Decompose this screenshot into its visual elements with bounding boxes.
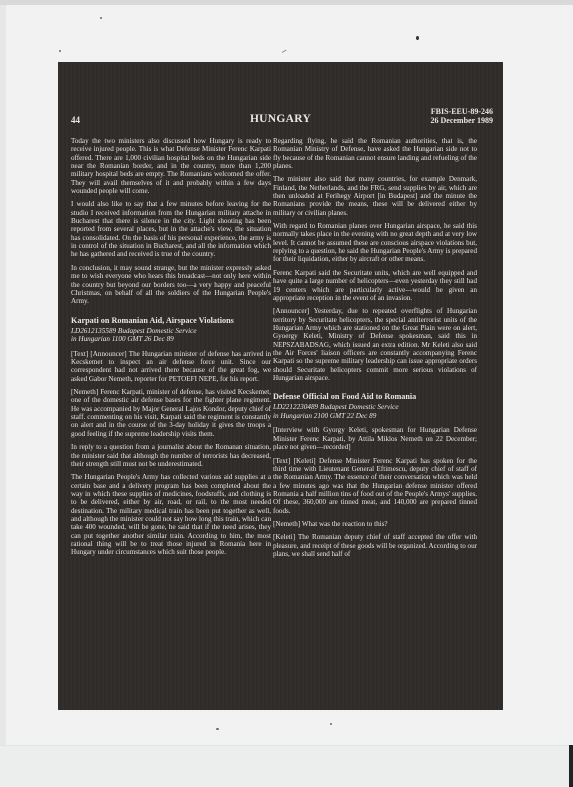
document-id: FBIS-EEU-89-246 [431, 107, 494, 116]
article-headline: Karpati on Romanian Aid, Airspace Violat… [71, 316, 271, 326]
dateline-line-2: in Hungarian 2100 GMT 22 Dec 89 [273, 412, 477, 421]
left-column: Today the two ministers also discussed h… [71, 137, 271, 562]
dust-speck [330, 723, 332, 725]
document-page: 44 HUNGARY FBIS-EEU-89-246 26 December 1… [58, 62, 503, 710]
paragraph: [Text] [Announcer] The Hungarian ministe… [71, 350, 271, 383]
article-dateline: LD2612135589 Budapest Domestic Service i… [71, 327, 271, 344]
paragraph: [Nemeth] What was the reaction to this? [273, 520, 477, 528]
dateline-line-2: in Hungarian 1100 GMT 26 Dec 89 [71, 335, 271, 344]
dust-speck [100, 17, 102, 19]
page-header: 44 HUNGARY FBIS-EEU-89-246 26 December 1… [58, 62, 503, 132]
dust-speck [59, 50, 61, 52]
paragraph: [Nemeth] Ferenc Karpati, minister of def… [71, 388, 271, 438]
dateline-line-1: LD2612135589 Budapest Domestic Service [71, 327, 271, 336]
scan-left-edge [0, 5, 6, 750]
paragraph: The minister also said that many countri… [273, 175, 477, 217]
paragraph: [Text] [Keleti] Defense Minister Ferenc … [273, 457, 477, 515]
paragraph: Regarding flying, he said the Romanian a… [273, 137, 477, 170]
document-reference: FBIS-EEU-89-246 26 December 1989 [431, 107, 494, 125]
document-date: 26 December 1989 [431, 116, 494, 125]
scan-top-edge [0, 0, 573, 5]
article-headline: Defense Official on Food Aid to Romania [273, 392, 477, 402]
paragraph: [Keleti] The Romanian deputy chief of st… [273, 533, 477, 558]
paragraph: With regard to Romanian planes over Hung… [273, 222, 477, 264]
paragraph: Today the two ministers also discussed h… [71, 137, 271, 195]
paragraph: I would also like to say that a few minu… [71, 200, 271, 258]
scan-corner-shadow [569, 745, 573, 787]
paragraph: [Announcer] Yesterday, due to repeated o… [273, 307, 477, 382]
dateline-line-1: LD2212230489 Budapest Domestic Service [273, 403, 477, 412]
right-column: Regarding flying, he said the Romanian a… [273, 137, 477, 563]
dust-speck [416, 36, 419, 40]
scan-scratch [282, 50, 287, 53]
dust-speck [216, 728, 219, 730]
paragraph: In reply to a question from a journalist… [71, 443, 271, 468]
scan-bottom-edge [0, 745, 573, 787]
paragraph: In conclusion, it may sound strange, but… [71, 264, 271, 306]
article-dateline: LD2212230489 Budapest Domestic Service i… [273, 403, 477, 420]
paragraph: The Hungarian People's Army has collecte… [71, 473, 271, 556]
paragraph: [Interview with Gyorgy Keleti, spokesman… [273, 426, 477, 451]
paragraph: Ferenc Karpati said the Securitate units… [273, 269, 477, 302]
